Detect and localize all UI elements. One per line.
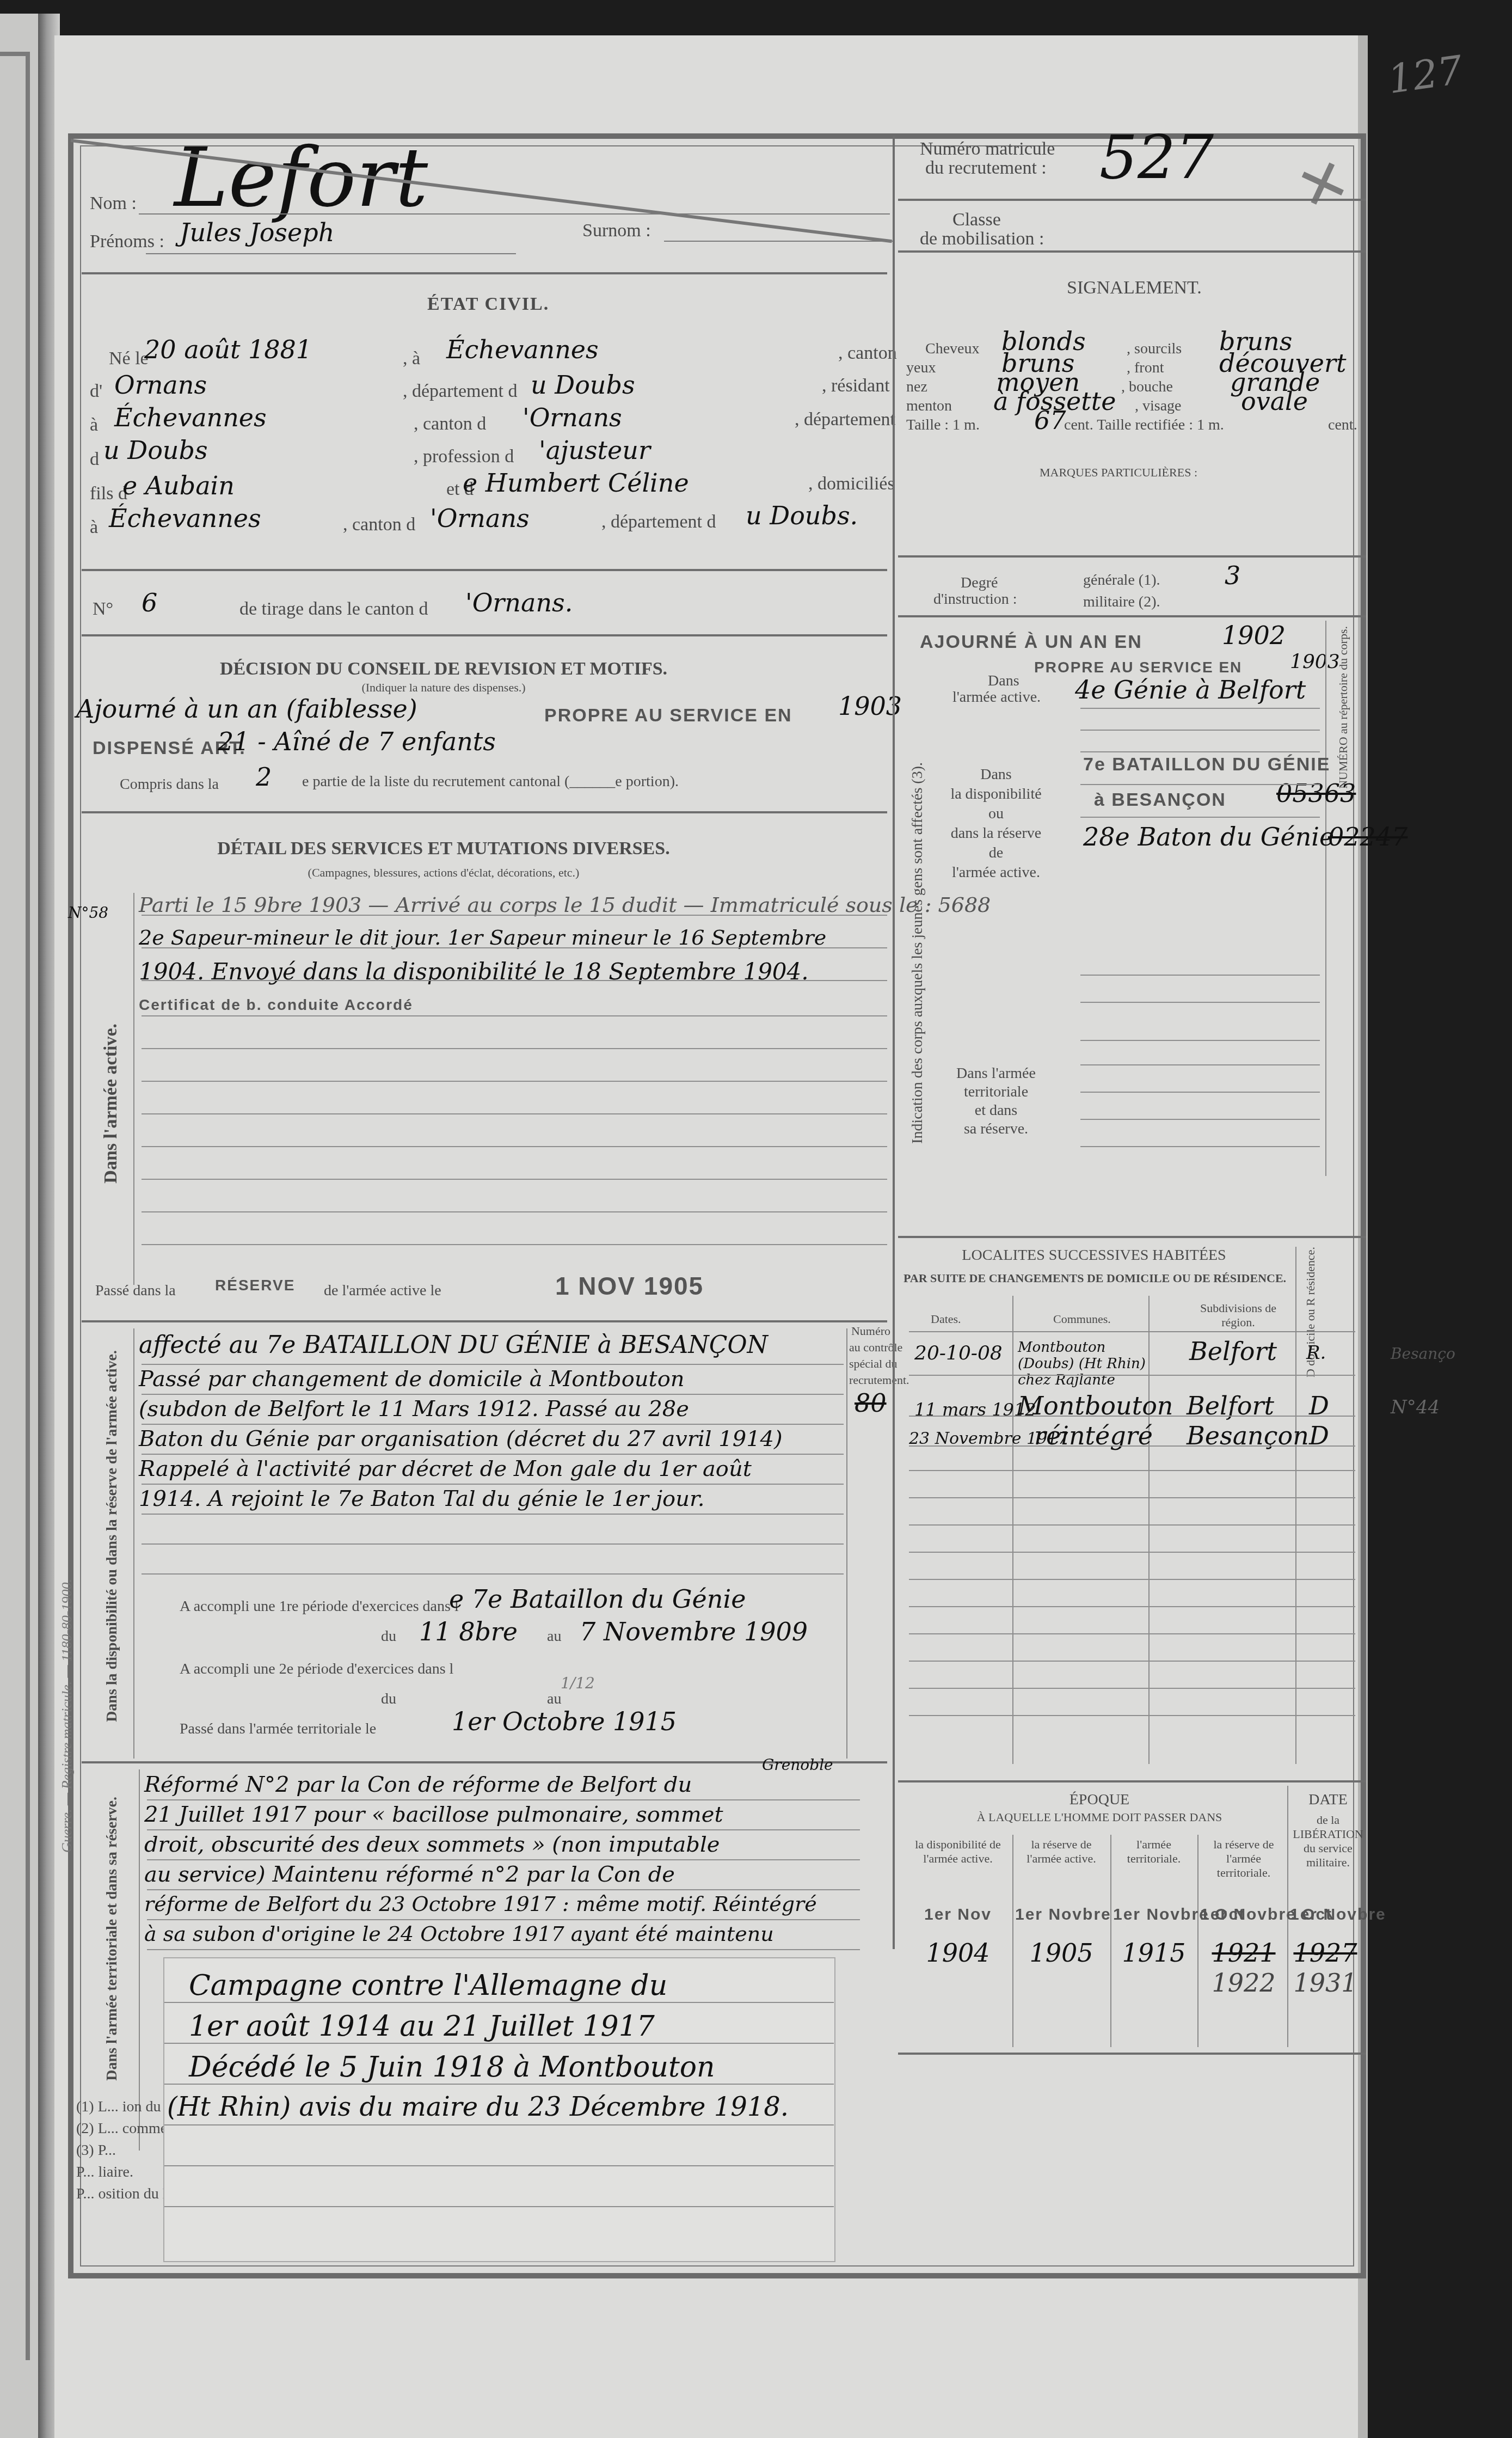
ruled-line (142, 1394, 844, 1395)
divider (909, 1331, 1355, 1332)
grenoble-note: Grenoble (762, 1756, 833, 1774)
ruled-line (147, 1919, 860, 1920)
fils-label: fils d (90, 483, 127, 504)
decision-subtitle: (Indiquer la nature des dispenses.) (117, 681, 770, 695)
numero-label-2: du recrutement : (925, 158, 1047, 179)
dispo-line-5: Rappelé à l'activité par décret de Mon g… (139, 1456, 752, 1481)
disponibilite-value-1: 7e BATAILLON DU GÉNIE (1083, 754, 1330, 775)
terr-line-1: Réformé N°2 par la Con de réforme de Bel… (144, 1772, 692, 1797)
passe-reserve-suffix: de l'armée active le (324, 1282, 441, 1300)
ruled-line (909, 1375, 1355, 1376)
numero-controle-label-1: Numéro (849, 1323, 893, 1339)
divider (133, 893, 134, 1285)
front-label: , front (1127, 359, 1164, 377)
ruled-line (909, 1497, 1355, 1498)
loc-row1-commune: Montbouton (Doubs) (Ht Rhin) chez Rajlan… (1018, 1339, 1146, 1388)
domicile-value: Échevannes (109, 504, 261, 533)
column-divider (893, 136, 895, 1949)
services-margin-note: N°58 (68, 904, 108, 922)
ruled-line (142, 1543, 844, 1545)
loc-row1-margin: Besanço (1391, 1345, 1455, 1363)
terr-label-1: Dans l'armée (931, 1064, 1061, 1083)
dispo-label-1: Dans (925, 765, 1067, 785)
exercice-1-du-label: du (381, 1628, 396, 1645)
divider (898, 2053, 1366, 2055)
residant-dep-prefix: d (90, 449, 99, 470)
classe-label-2: de mobilisation : (920, 229, 1044, 249)
services-subtitle: (Campagnes, blessures, actions d'éclat, … (117, 866, 770, 880)
loc-row1-subdivision: Belfort (1189, 1337, 1277, 1366)
ruled-line (142, 1146, 887, 1147)
taille-rect-label: cent. Taille rectifiée : 1 m. (1064, 416, 1224, 434)
dispo-label-5: de (925, 843, 1067, 863)
numero-controle-label-4: recrutement. (849, 1372, 893, 1388)
passe-reserve-label: Passé dans la (95, 1282, 176, 1300)
ruled-line (142, 1211, 887, 1212)
decision-title: DÉCISION DU CONSEIL DE REVISION ET MOTIF… (117, 659, 770, 679)
nom-label: Nom : (90, 193, 137, 214)
ruled-line (1080, 1119, 1320, 1120)
armee-active-label-2: l'armée active. (952, 689, 1041, 706)
slip-line-2: 1er août 1914 au 21 Juillet 1917 (189, 2010, 655, 2043)
epoque-col-stamp: 1er Novbre (1015, 1906, 1108, 1924)
divider (898, 1780, 1366, 1782)
epoque-col-year: 1904 (906, 1938, 1010, 1968)
instruction-label-1: Degré (961, 574, 998, 592)
dispo-label-6: l'armée active. (925, 863, 1067, 883)
dispo-line-3: (subdon de Belfort le 11 Mars 1912. Pass… (139, 1396, 689, 1422)
ruled-line (909, 1524, 1355, 1526)
disponibilite-num-2: 02247 (1328, 822, 1407, 852)
epoque-col-stamp: 1er Novbre Oct (1200, 1906, 1287, 1924)
ruled-line (164, 2124, 834, 2125)
ne-le-label: Né le (109, 348, 149, 369)
ruled-line (164, 2084, 834, 2085)
terr-line-2: 21 Juillet 1917 pour « bacillose pulmona… (144, 1802, 723, 1827)
taille-label: Taille : 1 m. (906, 416, 980, 434)
epoque-col-label: la réserve de l'armée active. (1015, 1837, 1108, 1866)
numero-controle-label: Numéro au contrôle spécial du recrutemen… (849, 1323, 893, 1388)
ruled-line (164, 2002, 834, 2003)
numero-repertoire-label-2: au répertoire du corps. (1336, 626, 1350, 734)
loc-row1-date: 20-10-08 (914, 1342, 1003, 1364)
ruled-line (1080, 975, 1320, 976)
ruled-line (142, 1015, 887, 1016)
passe-reserve-date: 1 NOV 1905 (555, 1271, 704, 1301)
classe-label-1: Classe (952, 188, 1001, 230)
prenoms-line (146, 253, 516, 254)
divider (1110, 1835, 1111, 2047)
ruled-line (1080, 1146, 1320, 1147)
ruled-line (909, 1606, 1355, 1607)
exercice-1-du: 11 8bre (419, 1617, 518, 1646)
nez-label: nez (906, 378, 927, 396)
epoque-col-year-corrected: 1922 (1200, 1968, 1287, 1998)
residant-prefix: à (90, 415, 98, 436)
exercice-2-au-label: au (547, 1690, 561, 1708)
militaire-label: militaire (2). (1083, 593, 1160, 611)
residant-value: Échevannes (114, 403, 267, 432)
slip-line-3: Décédé le 5 Juin 1918 à Montbouton (189, 2051, 715, 2084)
ruled-line (142, 980, 887, 981)
liberation-sub-1: de la (1293, 1813, 1363, 1827)
surnom-line (664, 241, 893, 242)
divider (82, 272, 887, 274)
divider (1148, 1296, 1150, 1764)
mere-value: e Humbert Céline (463, 468, 689, 498)
domicile-dep-value: u Doubs. (746, 501, 858, 530)
disponibilite-value-3: 28e Baton du Génie (1083, 822, 1334, 852)
ruled-line (1080, 817, 1320, 818)
disponibilite-value-2: à BESANÇON (1094, 789, 1226, 811)
ruled-line (1080, 1002, 1320, 1003)
taille-value: 67 (1034, 406, 1066, 435)
disponibilite-side-label: Dans la disponibilité ou dans la réserve… (103, 1350, 121, 1722)
epoque-col-year: 1915 (1113, 1938, 1195, 1968)
dispo-line-1: affecté au 7e BATAILLON DU GÉNIE à BESAN… (139, 1331, 768, 1359)
ruled-line (164, 2206, 834, 2207)
terr-label-4: sa réserve. (931, 1120, 1061, 1138)
ruled-line (147, 1859, 860, 1860)
epoque-col-stamp: 1er Novbre Oct (1113, 1906, 1195, 1924)
divider (1197, 1835, 1198, 2047)
numero-repertoire-label: NUMÉRO au répertoire du corps. (1336, 626, 1350, 789)
divider (82, 811, 887, 813)
liberation-sub: de la LIBÉRATION du service militaire. (1293, 1813, 1363, 1870)
propre-year: 1903 (1290, 651, 1340, 673)
prenoms-label: Prénoms : (90, 231, 164, 252)
liberation-sub-4: militaire. (1293, 1855, 1363, 1870)
ruled-line (142, 1113, 887, 1114)
a-value: Échevannes (446, 335, 599, 364)
loc-row1-dr: R. (1306, 1342, 1326, 1364)
page-number: 127 (1385, 47, 1466, 102)
visage-value: ovale (1241, 387, 1308, 416)
numero-controle-label-2: au contrôle (849, 1339, 893, 1356)
residant-departement-label: , département (795, 409, 895, 430)
slip-line-4: (Ht Rhin) avis du maire du 23 Décembre 1… (167, 2092, 789, 2122)
service-line-4: Certificat de b. conduite Accordé (139, 996, 413, 1014)
exercice-2-label: A accompli une 2e période d'exercices da… (180, 1661, 453, 1678)
services-side-label: Dans l'armée active. (101, 1024, 121, 1184)
profession-label: , profession d (414, 446, 514, 467)
tirage-canton-value: 'Ornans. (465, 588, 573, 617)
visage-label: , visage (1135, 397, 1182, 415)
residant-dep-value: u Doubs (103, 436, 208, 465)
ruled-line (1080, 1040, 1320, 1041)
dispense-value: 21 - Aîné de 7 enfants (218, 727, 496, 756)
liberation-sub-2: LIBÉRATION (1293, 1827, 1363, 1841)
ruled-line (1080, 784, 1320, 785)
territoriale-side-label: Dans l'armée territoriale et dans sa rés… (103, 1797, 121, 2081)
departement-label: , département d (403, 381, 518, 402)
divider (1012, 1296, 1013, 1764)
numero-controle-value: 80 (855, 1388, 887, 1418)
pasted-slip: Campagne contre l'Allemagne du 1er août … (163, 1957, 835, 2262)
epoque-col-stamp: 1er Nov (906, 1906, 1010, 1924)
ajourne-stamp: AJOURNÉ À UN AN EN (920, 632, 1142, 653)
yeux-label: yeux (906, 359, 936, 377)
corps-side-label: Indication des corps auxquels les jeunes… (909, 762, 926, 1144)
divider (898, 555, 1366, 558)
exercice-1-label: A accompli une 1re période d'exercices d… (180, 1598, 459, 1615)
domicilies-label: , domiciliés (808, 474, 895, 494)
ruled-line (909, 1688, 1355, 1689)
a-label: , à (403, 348, 420, 369)
residant-label: , résidant (822, 376, 890, 396)
cheveux-label: Cheveux (925, 340, 980, 358)
ne-le-value: 20 août 1881 (144, 335, 312, 364)
liberation-title: DATE (1293, 1791, 1363, 1809)
armee-active-value: 4e Génie à Belfort (1075, 675, 1306, 705)
col-subdivisions: Subdivisions de région. (1184, 1301, 1293, 1330)
ruled-line (142, 947, 887, 948)
dispo-line-4: Baton du Génie par organisation (décret … (139, 1426, 783, 1451)
ruled-line (1080, 1064, 1320, 1065)
divider (82, 569, 887, 571)
ajourne-year: 1902 (1222, 621, 1286, 650)
ruled-line (142, 915, 887, 916)
domicile-prefix: à (90, 517, 98, 538)
marques-label: MARQUES PARTICULIÈRES : (1040, 465, 1197, 480)
departement-value: u Doubs (531, 370, 635, 400)
ruled-line (142, 1048, 887, 1049)
ruled-line (909, 1416, 1355, 1417)
numero-value: 527 (1099, 122, 1214, 192)
ruled-line (142, 1514, 844, 1515)
epoque-col-year: 1927 (1290, 1938, 1361, 1968)
etat-civil-title: ÉTAT CIVIL. (427, 294, 549, 315)
divider (898, 250, 1366, 253)
territoriale-label: Dans l'armée territoriale et dans sa rés… (931, 1064, 1061, 1138)
col-dates: Dates. (931, 1312, 961, 1326)
fraction-note: 1/12 (561, 1674, 595, 1692)
domicile-dep-label: , département d (601, 512, 716, 532)
divider (1325, 621, 1326, 1176)
localites-title: LOCALITES SUCCESSIVES HABITÉES (903, 1247, 1284, 1264)
divider (82, 1320, 887, 1322)
generale-label: générale (1). (1083, 572, 1160, 589)
epoque-col-year-corrected: 1931 (1290, 1968, 1361, 1998)
exercice-2-du-label: du (381, 1690, 396, 1708)
tirage-prefix: N° (93, 599, 113, 620)
dispo-label-2: la disponibilité (925, 785, 1067, 804)
terr-line-6: à sa subon d'origine le 24 Octobre 1917 … (144, 1922, 774, 1946)
divider (898, 615, 1366, 617)
cent-label: cent. (1328, 416, 1357, 434)
dispo-line-6: 1914. A rejoint le 7e Baton Tal du génie… (139, 1486, 704, 1511)
dispo-label-4: dans la réserve (925, 824, 1067, 843)
divider (846, 1328, 847, 1759)
ruled-line (142, 1364, 844, 1365)
service-line-1: Parti le 15 9bre 1903 — Arrivé au corps … (139, 893, 991, 917)
tirage-value: 6 (142, 588, 157, 617)
exercice-1-au: 7 Novembre 1909 (580, 1617, 808, 1646)
ruled-line (147, 1889, 860, 1890)
ruled-line (142, 1179, 887, 1180)
sourcils-label: , sourcils (1127, 340, 1182, 358)
ruled-line (147, 1829, 860, 1830)
ruled-line (164, 2043, 834, 2044)
domicile-canton-value: 'Ornans (430, 504, 530, 533)
profession-value: 'ajusteur (539, 436, 650, 465)
ruled-line (1080, 708, 1320, 709)
divider (1295, 1247, 1296, 1764)
epoque-col-year: 1921 (1200, 1938, 1287, 1968)
ruled-line (909, 1715, 1355, 1716)
numero-controle-label-3: spécial du (849, 1356, 893, 1372)
divider (898, 1236, 1366, 1238)
terr-line-4: au service) Maintenu réformé n°2 par la … (144, 1862, 675, 1887)
armee-active-label-1: Dans (988, 672, 1019, 690)
canton-label: , canton (838, 343, 897, 364)
exercice-1-value: e 7e Bataillon du Génie (449, 1584, 746, 1614)
ruled-line (909, 1445, 1355, 1447)
printer-margin: Guerre. — Registre matricule. — 1180-80-… (59, 1579, 75, 1853)
instruction-label-2: d'instruction : (933, 591, 1017, 608)
passe-reserve-stamp: RÉSERVE (215, 1277, 295, 1294)
epoque-col-label: la disponibilité de l'armée active. (906, 1837, 1010, 1866)
services-title: DÉTAIL DES SERVICES ET MUTATIONS DIVERSE… (117, 838, 770, 859)
prenoms-value: Jules Joseph (180, 218, 334, 247)
signalement-title: SIGNALEMENT. (1067, 278, 1202, 298)
dispo-line-2: Passé par changement de domicile à Montb… (139, 1367, 684, 1392)
pere-value: e Aubain (122, 471, 235, 500)
ruled-line (147, 1799, 860, 1800)
ruled-line (909, 1633, 1355, 1634)
ruled-line (142, 1454, 844, 1455)
exercice-1-au-label: au (547, 1628, 561, 1645)
disponibilite-label: Dans la disponibilité ou dans la réserve… (925, 765, 1067, 883)
ruled-line (909, 1552, 1355, 1553)
ruled-line (142, 1484, 844, 1485)
canton-prefix: d' (90, 381, 102, 402)
propre-label: PROPRE AU SERVICE EN (544, 705, 792, 726)
ruled-line (142, 1573, 844, 1575)
ruled-line (909, 1470, 1355, 1471)
terr-label-3: et dans (931, 1101, 1061, 1120)
ruled-line (1080, 1092, 1320, 1093)
ruled-line (1080, 751, 1320, 752)
slip-line-1: Campagne contre l'Allemagne du (189, 1969, 667, 2002)
domicile-canton-label: , canton d (343, 514, 415, 535)
ruled-line (142, 1081, 887, 1082)
residant-canton-value: 'Ornans (523, 403, 622, 432)
menton-label: menton (906, 397, 952, 415)
dispo-label-3: ou (925, 804, 1067, 824)
epoque-col-year: 1905 (1015, 1938, 1108, 1968)
surnom-label: Surnom : (582, 220, 651, 241)
numero-label-1: Numéro matricule (920, 139, 1055, 160)
epoque-col-label: l'armée territoriale. (1113, 1837, 1195, 1866)
terr-label-2: territoriale (931, 1083, 1061, 1101)
disponibilite-num-1: 05363 (1276, 779, 1356, 808)
compris-value: 2 (256, 762, 272, 792)
epoque-subtitle: À LAQUELLE L'HOMME DOIT PASSER DANS (909, 1810, 1290, 1824)
epoque-title: ÉPOQUE (909, 1791, 1290, 1809)
epoque-col-label: la réserve de l'armée territoriale. (1200, 1837, 1287, 1880)
liberation-sub-3: du service (1293, 1841, 1363, 1855)
ruled-line (147, 1949, 860, 1950)
divider (133, 1328, 134, 1759)
propre-stamp: PROPRE AU SERVICE EN (1034, 659, 1242, 676)
ruled-line (909, 1661, 1355, 1662)
loc-row2-margin: N°44 (1391, 1396, 1440, 1418)
terr-line-3: droit, obscurité des deux sommets » (non… (144, 1832, 720, 1857)
divider (139, 1769, 140, 2151)
ajourne-value: Ajourné à un an (faiblesse) (76, 694, 417, 724)
nom-line (139, 213, 890, 215)
col-communes: Communes. (1053, 1312, 1111, 1326)
residant-canton-label: , canton d (414, 414, 486, 434)
bouche-label: , bouche (1121, 378, 1173, 396)
passe-territoriale-label: Passé dans l'armée territoriale le (180, 1720, 376, 1738)
ruled-line (164, 2165, 834, 2166)
generale-value: 3 (1225, 561, 1240, 590)
divider (1012, 1835, 1013, 2047)
previous-page-edge (0, 14, 38, 2438)
divider (82, 634, 887, 636)
compris-suffix: e partie de la liste du recrutement cant… (302, 773, 679, 791)
epoque-col-stamp: 1er Novbre (1290, 1906, 1361, 1924)
canton-value: Ornans (114, 370, 207, 400)
terr-line-5: réforme de Belfort du 23 Octobre 1917 : … (144, 1892, 817, 1916)
tirage-label: de tirage dans le canton d (239, 599, 428, 620)
localites-subtitle: PAR SUITE DE CHANGEMENTS DE DOMICILE OU … (903, 1271, 1284, 1285)
ruled-line (909, 1579, 1355, 1580)
ruled-line (142, 1424, 844, 1425)
ruled-line (1080, 730, 1320, 731)
passe-territoriale-value: 1er Octobre 1915 (452, 1707, 677, 1736)
service-line-2: 2e Sapeur-mineur le dit jour. 1er Sapeur… (139, 926, 826, 950)
compris-label: Compris dans la (120, 776, 219, 793)
ruled-line (142, 1244, 887, 1245)
